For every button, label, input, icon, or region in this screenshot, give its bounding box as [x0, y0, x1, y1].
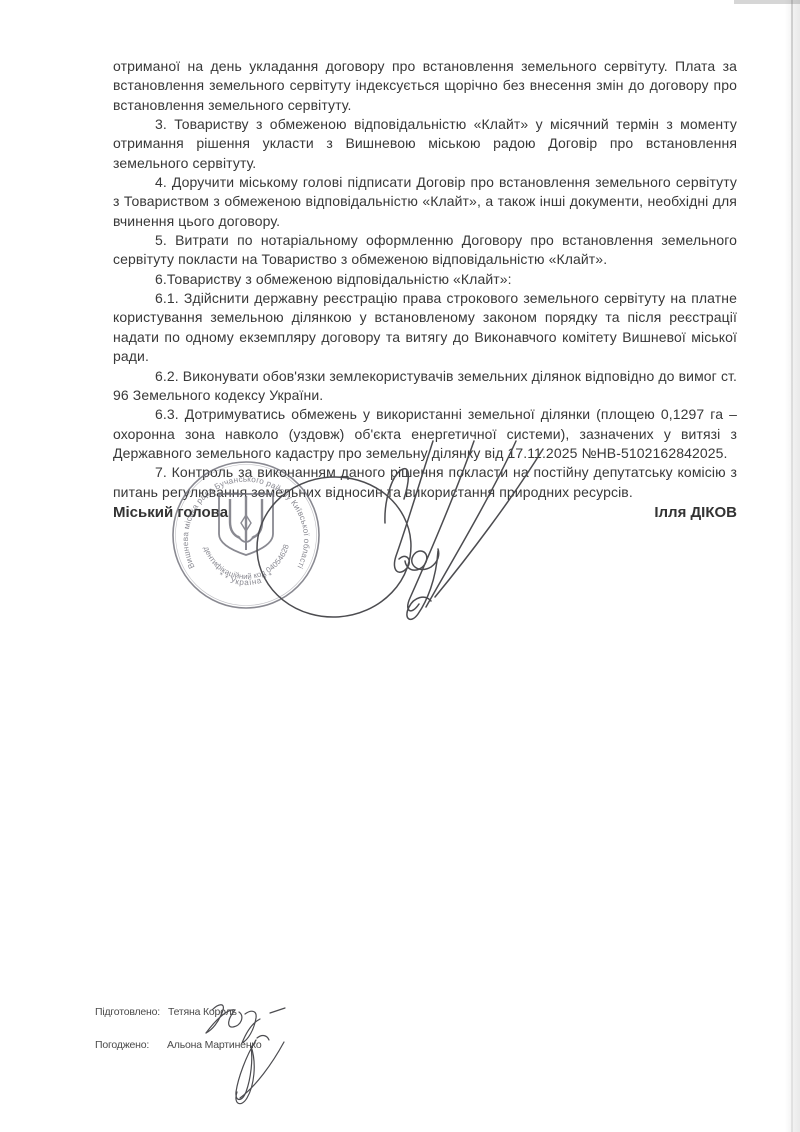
agreed-row: Погоджено: Альона Мартиненко [95, 1039, 262, 1052]
paragraph-item-3: 3. Товариству з обмеженою відповідальніс… [113, 115, 737, 173]
prepared-name: Тетяна Король [168, 1006, 237, 1018]
paragraph-item-6: 6.Товариству з обмеженою відповідальніст… [113, 270, 737, 289]
agreed-name: Альона Мартиненко [167, 1039, 262, 1051]
signature-stroke [270, 1008, 285, 1013]
paragraph-item-6-2: 6.2. Виконувати обов'язки землекористува… [113, 367, 737, 406]
approval-footer: Підготовлено: Тетяна Король Погоджено: А… [95, 1006, 262, 1072]
prepared-label: Підготовлено: [95, 1006, 160, 1018]
agreed-label: Погоджено: [95, 1039, 159, 1051]
scan-edge-top-mark [734, 0, 800, 4]
paragraph-continuation: отриманої на день укладання договору про… [113, 57, 737, 115]
stamp-country-text: * * Україна * * [217, 570, 276, 587]
scan-edge-line [791, 0, 793, 1132]
document-body: отриманої на день укладання договору про… [113, 57, 737, 502]
paragraph-item-6-1: 6.1. Здійснити державну реєстрацію права… [113, 289, 737, 366]
signature-stroke [407, 551, 438, 619]
signatory-row: Міський голова Ілля ДІКОВ [113, 504, 737, 521]
paragraph-item-6-3: 6.3. Дотримуватись обмежень у використан… [113, 405, 737, 463]
signature-stroke [405, 549, 439, 570]
official-title: Міський голова [113, 504, 228, 521]
scanned-document-page: отриманої на день укладання договору про… [0, 0, 800, 1132]
paragraph-item-7: 7. Контроль за виконанням даного рішення… [113, 463, 737, 502]
official-name: Ілля ДІКОВ [654, 504, 737, 521]
paragraph-item-5: 5. Витрати по нотаріальному оформленню Д… [113, 231, 737, 270]
paragraph-item-4: 4. Доручити міському голові підписати До… [113, 173, 737, 231]
prepared-row: Підготовлено: Тетяна Король [95, 1006, 262, 1019]
